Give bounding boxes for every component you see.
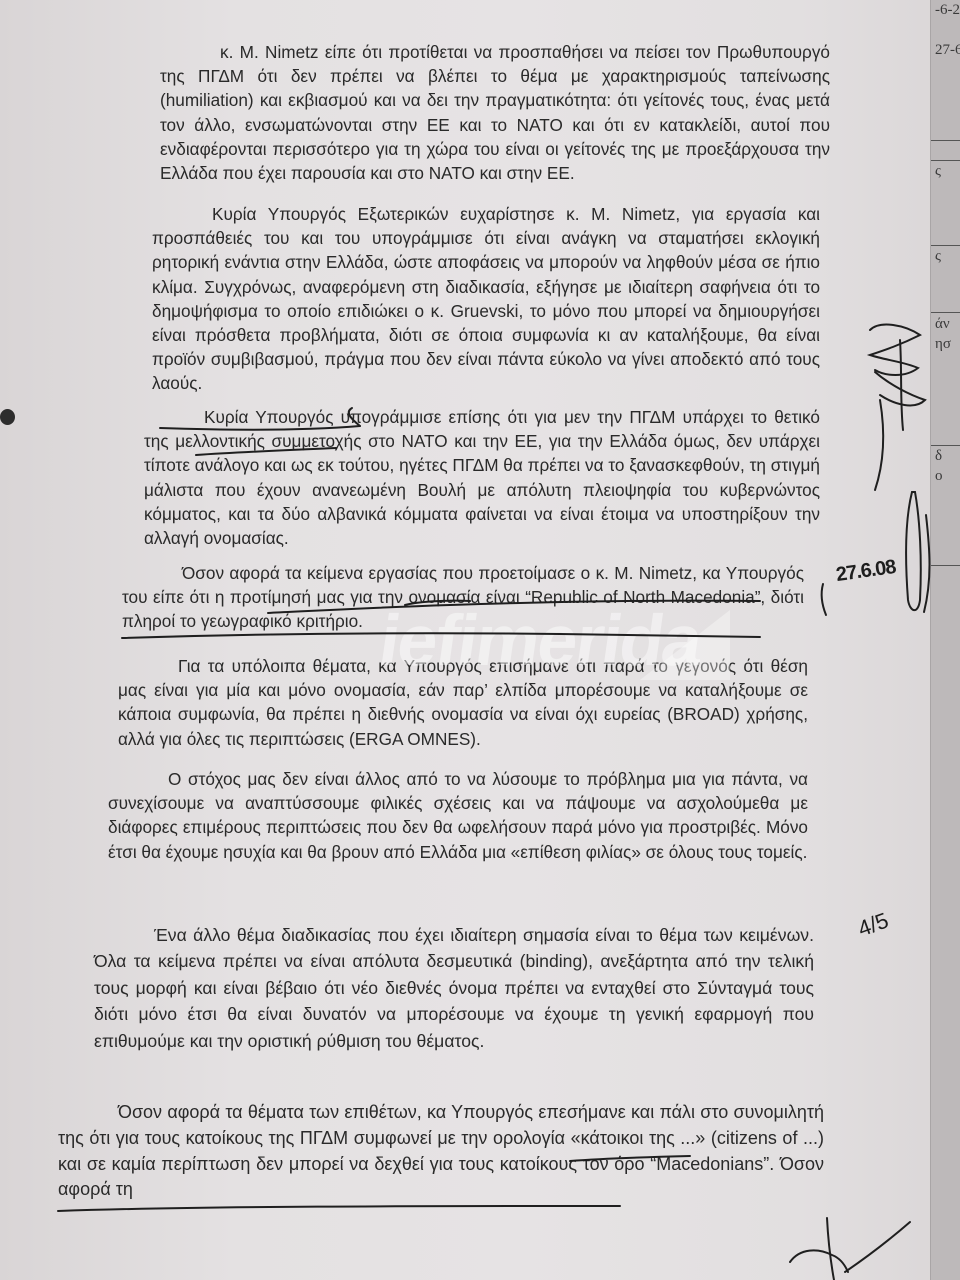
paragraph-2: Κυρία Υπουργός Εξωτερικών ευχαρίστησε κ.… (152, 202, 820, 396)
paragraph-text: Κυρία Υπουργός υπογράμμισε επίσης ότι γι… (144, 405, 820, 550)
paragraph-text: κ. M. Nimetz είπε ότι προτίθεται να προσ… (160, 40, 830, 185)
paragraph-1: κ. M. Nimetz είπε ότι προτίθεται να προσ… (160, 40, 830, 185)
paragraph-6: Ο στόχος μας δεν είναι άλλος από το να λ… (108, 767, 808, 864)
paragraph-text: Όσον αφορά τα θέματα των επιθέτων, κα Υπ… (58, 1100, 824, 1203)
back-page-char: δ (935, 448, 942, 465)
paragraph-text: Ένα άλλο θέμα διαδικασίας που έχει ιδιαί… (94, 922, 814, 1054)
back-page-char: ο (935, 468, 943, 485)
underlying-page-edge: -6-200 27-6 ς ς άν ησ δ ο (930, 0, 960, 1280)
watermark-triangle (640, 610, 730, 680)
back-page-char: άν (935, 316, 950, 333)
back-page-date-2: 27-6 (935, 42, 960, 59)
paragraph-text: Κυρία Υπουργός Εξωτερικών ευχαρίστησε κ.… (152, 202, 820, 396)
paragraph-3: Κυρία Υπουργός υπογράμμισε επίσης ότι γι… (144, 405, 820, 550)
paragraph-7: Ένα άλλο θέμα διαδικασίας που έχει ιδιαί… (94, 922, 814, 1054)
back-page-char: ησ (935, 336, 951, 353)
paragraph-text: Ο στόχος μας δεν είναι άλλος από το να λ… (108, 767, 808, 864)
paragraph-8: Όσον αφορά τα θέματα των επιθέτων, κα Υπ… (58, 1100, 824, 1203)
back-page-char: ς (935, 163, 941, 180)
document-page (0, 0, 940, 1280)
back-page-date: -6-200 (935, 2, 960, 19)
punch-hole (0, 409, 15, 425)
back-page-char: ς (935, 248, 941, 265)
